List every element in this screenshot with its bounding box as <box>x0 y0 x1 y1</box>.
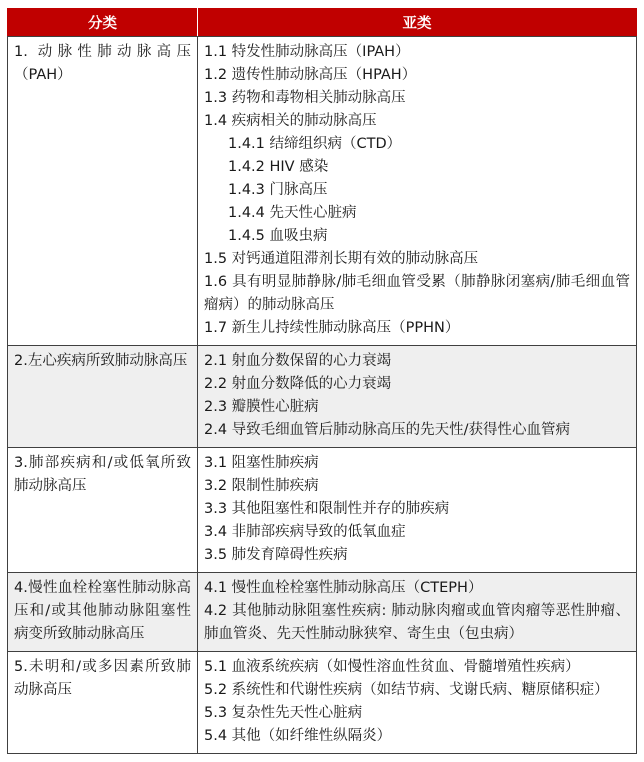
subclass-cell: 2.1 射血分数保留的心力衰竭2.2 射血分数降低的心力衰竭2.3 瓣膜性心脏病… <box>198 346 637 448</box>
subclass-item: 1.4.4 先天性心脏病 <box>204 202 630 225</box>
subclass-item: 1.4.5 血吸虫病 <box>204 225 630 248</box>
subclass-item: 5.4 其他（如纤维性纵隔炎） <box>204 725 630 748</box>
subclass-cell: 5.1 血液系统疾病（如慢性溶血性贫血、骨髓增殖性疾病）5.2 系统性和代谢性疾… <box>198 652 637 754</box>
table-header-row: 分类 亚类 <box>8 9 637 37</box>
subclass-item: 2.3 瓣膜性心脏病 <box>204 396 630 419</box>
subclass-item: 2.4 导致毛细血管后肺动脉高压的先天性/获得性心血管病 <box>204 419 630 442</box>
subclass-item: 1.3 药物和毒物相关肺动脉高压 <box>204 87 630 110</box>
subclass-item: 5.3 复杂性先天性心脏病 <box>204 702 630 725</box>
subclass-item: 2.2 射血分数降低的心力衰竭 <box>204 373 630 396</box>
subclass-item: 1.4 疾病相关的肺动脉高压 <box>204 110 630 133</box>
category-cell: 5.未明和/或多因素所致肺动脉高压 <box>8 652 198 754</box>
subclass-item: 1.5 对钙通道阻滞剂长期有效的肺动脉高压 <box>204 248 630 271</box>
subclass-item: 1.4.1 结缔组织病（CTD） <box>204 133 630 156</box>
classification-table: 分类 亚类 1. 动脉性肺动脉高压（PAH）1.1 特发性肺动脉高压（IPAH）… <box>7 8 637 754</box>
subclass-item: 1.6 具有明显肺静脉/肺毛细血管受累（肺静脉闭塞病/肺毛细血管瘤病）的肺动脉高… <box>204 271 630 317</box>
subclass-item: 1.7 新生儿持续性肺动脉高压（PPHN） <box>204 317 630 340</box>
subclass-item: 3.3 其他阻塞性和限制性并存的肺疾病 <box>204 498 630 521</box>
category-cell: 1. 动脉性肺动脉高压（PAH） <box>8 37 198 346</box>
subclass-item: 3.2 限制性肺疾病 <box>204 475 630 498</box>
subclass-cell: 1.1 特发性肺动脉高压（IPAH）1.2 遗传性肺动脉高压（HPAH）1.3 … <box>198 37 637 346</box>
table-body: 1. 动脉性肺动脉高压（PAH）1.1 特发性肺动脉高压（IPAH）1.2 遗传… <box>8 37 637 754</box>
table-row: 4.慢性血栓栓塞性肺动脉高压和/或其他肺动脉阻塞性病变所致肺动脉高压4.1 慢性… <box>8 573 637 652</box>
subclass-item: 4.1 慢性血栓栓塞性肺动脉高压（CTEPH） <box>204 577 630 600</box>
category-cell: 3.肺部疾病和/或低氧所致肺动脉高压 <box>8 448 198 573</box>
subclass-item: 5.1 血液系统疾病（如慢性溶血性贫血、骨髓增殖性疾病） <box>204 656 630 679</box>
subclass-item: 3.4 非肺部疾病导致的低氧血症 <box>204 521 630 544</box>
category-cell: 4.慢性血栓栓塞性肺动脉高压和/或其他肺动脉阻塞性病变所致肺动脉高压 <box>8 573 198 652</box>
subclass-item: 1.4.2 HIV 感染 <box>204 156 630 179</box>
subclass-item: 4.2 其他肺动脉阻塞性疾病: 肺动脉肉瘤或血管肉瘤等恶性肿瘤、肺血管炎、先天性… <box>204 600 630 646</box>
subclass-item: 2.1 射血分数保留的心力衰竭 <box>204 350 630 373</box>
column-header-subclass: 亚类 <box>198 9 637 37</box>
subclass-item: 3.5 肺发育障碍性疾病 <box>204 544 630 567</box>
subclass-item: 1.4.3 门脉高压 <box>204 179 630 202</box>
subclass-item: 1.2 遗传性肺动脉高压（HPAH） <box>204 64 630 87</box>
column-header-category: 分类 <box>8 9 198 37</box>
subclass-item: 3.1 阻塞性肺疾病 <box>204 452 630 475</box>
subclass-item: 5.2 系统性和代谢性疾病（如结节病、戈谢氏病、糖原储积症） <box>204 679 630 702</box>
table-row: 3.肺部疾病和/或低氧所致肺动脉高压3.1 阻塞性肺疾病3.2 限制性肺疾病3.… <box>8 448 637 573</box>
table-row: 2.左心疾病所致肺动脉高压2.1 射血分数保留的心力衰竭2.2 射血分数降低的心… <box>8 346 637 448</box>
category-cell: 2.左心疾病所致肺动脉高压 <box>8 346 198 448</box>
subclass-cell: 3.1 阻塞性肺疾病3.2 限制性肺疾病3.3 其他阻塞性和限制性并存的肺疾病3… <box>198 448 637 573</box>
document-page: 分类 亚类 1. 动脉性肺动脉高压（PAH）1.1 特发性肺动脉高压（IPAH）… <box>0 0 644 762</box>
subclass-cell: 4.1 慢性血栓栓塞性肺动脉高压（CTEPH）4.2 其他肺动脉阻塞性疾病: 肺… <box>198 573 637 652</box>
table-row: 5.未明和/或多因素所致肺动脉高压5.1 血液系统疾病（如慢性溶血性贫血、骨髓增… <box>8 652 637 754</box>
table-row: 1. 动脉性肺动脉高压（PAH）1.1 特发性肺动脉高压（IPAH）1.2 遗传… <box>8 37 637 346</box>
subclass-item: 1.1 特发性肺动脉高压（IPAH） <box>204 41 630 64</box>
